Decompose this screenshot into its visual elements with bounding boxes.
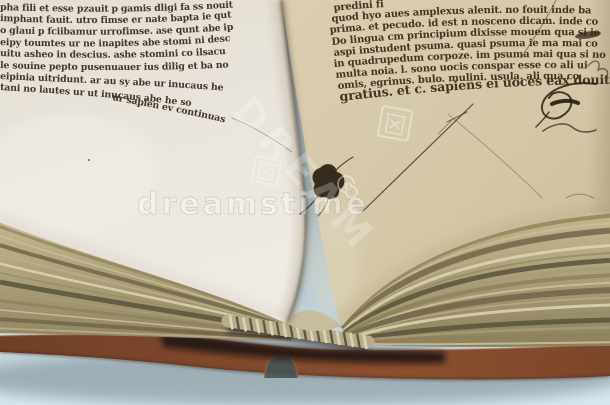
photo-canvas: pha fili et esse pzauit p gamis dligi fa… <box>0 0 610 405</box>
manuscript-book-photo: pha fili et esse pzauit p gamis dligi fa… <box>0 0 610 405</box>
